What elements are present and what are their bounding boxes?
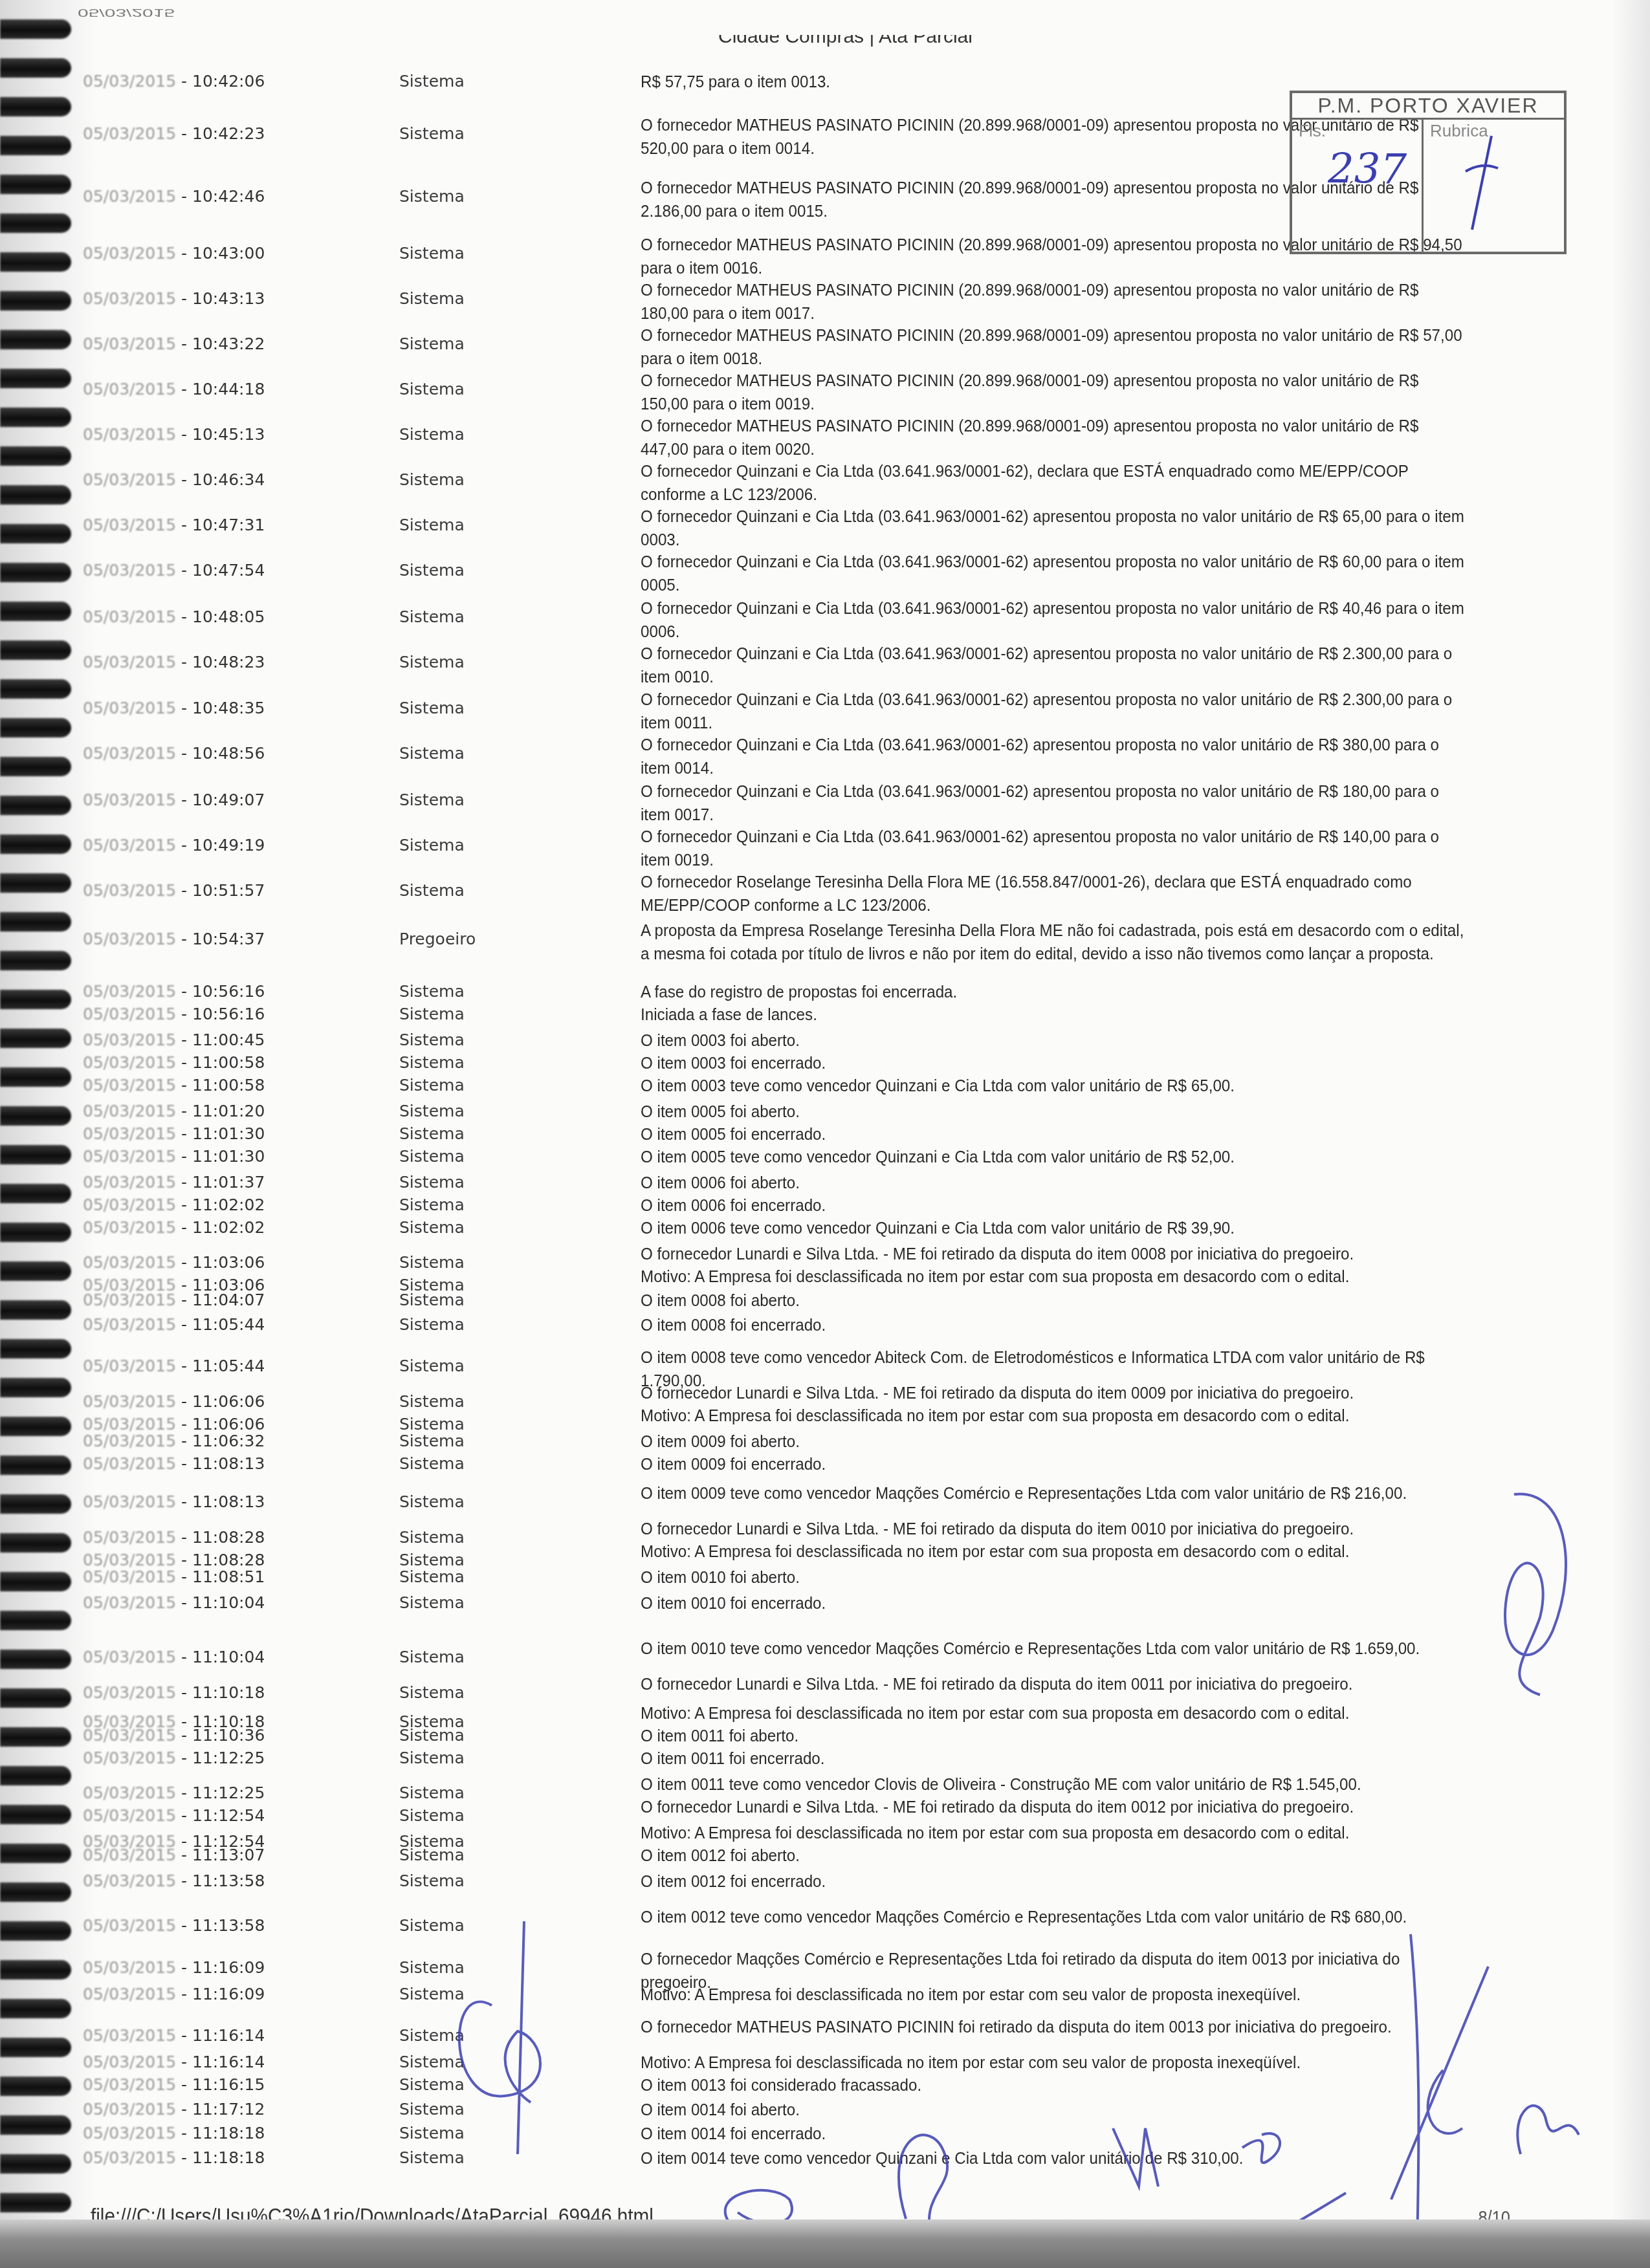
log-time: 11:12:25: [192, 1749, 265, 1767]
log-date: 05/03/2015: [83, 1958, 176, 1977]
log-actor: Sistema: [399, 378, 465, 401]
log-timestamp: 05/03/2015 - 10:47:31: [83, 514, 322, 537]
log-timestamp: 05/03/2015 - 11:12:25: [83, 1782, 322, 1805]
binding-coil: [0, 485, 71, 505]
log-actor: Sistema: [399, 1681, 465, 1705]
log-date: 05/03/2015: [83, 2053, 176, 2071]
binding-coil: [0, 97, 71, 116]
log-time: 11:06:06: [192, 1392, 265, 1411]
municipal-stamp: P.M. PORTO XAVIER Fls. 237 Rubrica: [1290, 91, 1567, 254]
log-message: O item 0011 teve como vencedor Clovis de…: [641, 1772, 1468, 1796]
log-timestamp: 05/03/2015 - 11:00:45: [83, 1029, 322, 1052]
log-message: O fornecedor Quinzani e Cia Ltda (03.641…: [641, 825, 1468, 871]
log-time: 10:46:34: [192, 470, 265, 489]
log-message: O fornecedor MATHEUS PASINATO PICININ fo…: [641, 2015, 1468, 2038]
log-message: O fornecedor Quinzani e Cia Ltda (03.641…: [641, 733, 1468, 780]
log-date: 05/03/2015: [83, 744, 176, 763]
log-message: A proposta da Empresa Roselange Teresinh…: [641, 919, 1468, 965]
binding-coil: [0, 2115, 71, 2135]
log-actor: Sistema: [399, 514, 465, 537]
log-actor: Sistema: [399, 1565, 465, 1589]
binding-coil: [0, 1611, 71, 1630]
binding-coil: [0, 136, 71, 155]
log-time: 11:13:58: [192, 1871, 265, 1890]
log-actor: Sistema: [399, 1914, 465, 1937]
log-actor: Sistema: [399, 1591, 465, 1615]
log-actor: Sistema: [399, 1490, 465, 1514]
log-message: O fornecedor MATHEUS PASINATO PICININ (2…: [641, 414, 1468, 461]
log-timestamp: 05/03/2015 - 11:01:37: [83, 1171, 322, 1194]
log-date: 05/03/2015: [83, 561, 176, 580]
binding-coil: [0, 1727, 71, 1747]
binding-coil: [0, 1029, 71, 1048]
log-message: O item 0010 teve como vencedor Maqções C…: [641, 1637, 1468, 1660]
log-message: O fornecedor Lunardi e Silva Ltda. - ME …: [641, 1795, 1468, 1818]
binding-coil: [0, 213, 71, 233]
log-time: 11:08:13: [192, 1492, 265, 1511]
log-message: O item 0003 teve como vencedor Quinzani …: [641, 1074, 1468, 1097]
log-actor: Sistema: [399, 1074, 465, 1097]
log-date: 05/03/2015: [83, 2148, 176, 2167]
binding-coil: [0, 757, 71, 776]
binding-coil: [0, 1766, 71, 1785]
stamp-folio-cell: Fls. 237: [1292, 120, 1424, 252]
log-timestamp: 05/03/2015 - 11:08:13: [83, 1490, 322, 1514]
log-actor: Sistema: [399, 2146, 465, 2170]
log-date: 05/03/2015: [83, 516, 176, 534]
log-actor: Sistema: [399, 559, 465, 582]
log-date: 05/03/2015: [83, 1030, 176, 1049]
log-timestamp: 05/03/2015 - 10:45:13: [83, 423, 322, 446]
log-timestamp: 05/03/2015 - 10:42:06: [83, 70, 322, 93]
log-actor: Sistema: [399, 1313, 465, 1336]
log-message: O fornecedor Quinzani e Cia Ltda (03.641…: [641, 780, 1468, 826]
log-date: 05/03/2015: [83, 1195, 176, 1214]
log-actor: Sistema: [399, 423, 465, 446]
log-actor: Sistema: [399, 2051, 465, 2074]
log-message: O item 0005 foi encerrado.: [641, 1122, 1468, 1146]
log-time: 11:05:44: [192, 1315, 265, 1334]
log-actor: Sistema: [399, 1390, 465, 1413]
log-time: 10:42:06: [192, 72, 265, 91]
log-actor: Pregoeiro: [399, 928, 476, 951]
log-date: 05/03/2015: [83, 1783, 176, 1802]
binding-coil: [0, 1533, 71, 1553]
log-time: 11:16:09: [192, 1985, 265, 2003]
log-time: 11:17:12: [192, 2100, 265, 2119]
log-date: 05/03/2015: [83, 1173, 176, 1192]
log-timestamp: 05/03/2015 - 11:10:04: [83, 1591, 322, 1615]
log-timestamp: 05/03/2015 - 11:01:30: [83, 1122, 322, 1146]
log-message: O item 0008 foi encerrado.: [641, 1313, 1468, 1336]
log-time: 10:43:13: [192, 289, 265, 308]
log-message: O fornecedor MATHEUS PASINATO PICININ (2…: [641, 323, 1468, 370]
log-time: 11:05:44: [192, 1357, 265, 1375]
scanner-bottom-shadow: [0, 2219, 1650, 2268]
log-time: 11:18:18: [192, 2148, 265, 2167]
log-timestamp: 05/03/2015 - 11:18:18: [83, 2122, 322, 2145]
log-message: O item 0003 foi aberto.: [641, 1029, 1468, 1052]
log-time: 11:02:02: [192, 1195, 265, 1214]
log-actor: Sistema: [399, 1251, 465, 1274]
log-date: 05/03/2015: [83, 425, 176, 444]
log-date: 05/03/2015: [83, 380, 176, 398]
log-date: 05/03/2015: [83, 1392, 176, 1411]
log-time: 11:10:04: [192, 1648, 265, 1666]
log-actor: Sistema: [399, 2122, 465, 2145]
binding-coil: [0, 1494, 71, 1514]
log-message: O item 0012 foi aberto.: [641, 1844, 1468, 1867]
binding-coil: [0, 1921, 71, 1941]
binding-coil: [0, 291, 71, 311]
binding-coil: [0, 602, 71, 621]
log-message: O item 0010 foi aberto.: [641, 1565, 1468, 1589]
log-timestamp: 05/03/2015 - 11:18:18: [83, 2146, 322, 2170]
log-message: O fornecedor Quinzani e Cia Ltda (03.641…: [641, 596, 1468, 643]
log-time: 10:47:54: [192, 561, 265, 580]
binding-coil: [0, 951, 71, 970]
log-actor: Sistema: [399, 1956, 465, 1979]
log-timestamp: 05/03/2015 - 10:51:57: [83, 879, 322, 902]
log-date: 05/03/2015: [83, 1871, 176, 1890]
log-timestamp: 05/03/2015 - 11:16:15: [83, 2073, 322, 2097]
log-date: 05/03/2015: [83, 1985, 176, 2003]
log-timestamp: 05/03/2015 - 10:49:19: [83, 834, 322, 857]
log-date: 05/03/2015: [83, 930, 176, 948]
log-message: Iniciada a fase de lances.: [641, 1003, 1468, 1026]
log-time: 11:16:15: [192, 2075, 265, 2094]
log-time: 10:48:56: [192, 744, 265, 763]
log-timestamp: 05/03/2015 - 10:42:23: [83, 122, 322, 146]
header-title: Cidade Compras | Ata Parcial: [718, 26, 973, 48]
log-message: O fornecedor Quinzani e Cia Ltda (03.641…: [641, 505, 1468, 551]
log-time: 11:18:18: [192, 2124, 265, 2143]
log-time: 10:47:31: [192, 516, 265, 534]
log-message: O item 0009 foi aberto.: [641, 1430, 1468, 1453]
log-time: 11:08:28: [192, 1528, 265, 1547]
log-date: 05/03/2015: [83, 2100, 176, 2119]
binding-coil: [0, 873, 71, 893]
log-actor: Sistema: [399, 333, 465, 356]
log-time: 11:10:04: [192, 1593, 265, 1612]
log-message: O item 0006 foi aberto.: [641, 1171, 1468, 1194]
log-timestamp: 05/03/2015 - 11:16:14: [83, 2024, 322, 2047]
stamp-initials-cell: Rubrica: [1424, 120, 1564, 252]
log-message: Motivo: A Empresa foi desclassificada no…: [641, 1540, 1468, 1563]
log-timestamp: 05/03/2015 - 10:49:07: [83, 789, 322, 812]
binding-coil: [0, 990, 71, 1009]
log-timestamp: 05/03/2015 - 10:48:23: [83, 651, 322, 674]
log-message: O item 0009 teve como vencedor Maqções C…: [641, 1481, 1468, 1505]
log-timestamp: 05/03/2015 - 11:06:06: [83, 1390, 322, 1413]
binding-coil: [0, 446, 71, 466]
log-time: 10:48:23: [192, 653, 265, 671]
log-timestamp: 05/03/2015 - 11:12:25: [83, 1747, 322, 1770]
binding-coil: [0, 252, 71, 272]
log-timestamp: 05/03/2015 - 10:47:54: [83, 559, 322, 582]
log-timestamp: 05/03/2015 - 11:05:44: [83, 1355, 322, 1378]
log-date: 05/03/2015: [83, 1492, 176, 1511]
log-date: 05/03/2015: [83, 1806, 176, 1825]
log-time: 11:02:02: [192, 1218, 265, 1237]
log-timestamp: 05/03/2015 - 11:16:14: [83, 2051, 322, 2074]
log-timestamp: 05/03/2015 - 11:10:18: [83, 1681, 322, 1705]
log-time: 10:54:37: [192, 930, 265, 948]
binding-coil: [0, 58, 71, 78]
log-message: O item 0012 foi encerrado.: [641, 1870, 1468, 1893]
log-message: O item 0012 teve como vencedor Maqções C…: [641, 1905, 1468, 1928]
log-date: 05/03/2015: [83, 1357, 176, 1375]
log-message: O item 0006 teve como vencedor Quinzani …: [641, 1216, 1468, 1239]
binding-coil: [0, 1339, 71, 1358]
log-time: 11:04:07: [192, 1291, 265, 1309]
log-actor: Sistema: [399, 742, 465, 765]
log-time: 11:10:18: [192, 1683, 265, 1702]
log-date: 05/03/2015: [83, 1648, 176, 1666]
log-time: 11:00:58: [192, 1053, 265, 1072]
binding-coil: [0, 1300, 71, 1320]
log-time: 11:12:54: [192, 1806, 265, 1825]
log-message: O item 0014 foi aberto.: [641, 2098, 1468, 2121]
log-timestamp: 05/03/2015 - 11:01:20: [83, 1100, 322, 1123]
log-date: 05/03/2015: [83, 653, 176, 671]
log-timestamp: 05/03/2015 - 11:05:44: [83, 1313, 322, 1336]
log-time: 11:13:58: [192, 1916, 265, 1935]
log-message: Motivo: A Empresa foi desclassificada no…: [641, 1265, 1468, 1288]
binding-coil: [0, 1184, 71, 1203]
log-message: O item 0011 foi aberto.: [641, 1724, 1468, 1747]
log-date: 05/03/2015: [83, 1749, 176, 1767]
log-message: O item 0014 foi encerrado.: [641, 2122, 1468, 2145]
log-time: 11:00:58: [192, 1076, 265, 1095]
log-message: A fase do registro de propostas foi ence…: [641, 980, 1468, 1003]
log-date: 05/03/2015: [83, 1454, 176, 1473]
log-message: Motivo: A Empresa foi desclassificada no…: [641, 1701, 1468, 1725]
log-actor: Sistema: [399, 1782, 465, 1805]
binding-coil: [0, 1261, 71, 1281]
log-date: 05/03/2015: [83, 607, 176, 626]
binding-coil: [0, 718, 71, 737]
log-actor: Sistema: [399, 2073, 465, 2097]
log-actor: Sistema: [399, 1029, 465, 1052]
binding-coil: [0, 1106, 71, 1126]
log-actor: Sistema: [399, 287, 465, 311]
log-date: 05/03/2015: [83, 334, 176, 353]
log-timestamp: 05/03/2015 - 11:13:58: [83, 1914, 322, 1937]
log-actor: Sistema: [399, 651, 465, 674]
log-time: 10:48:05: [192, 607, 265, 626]
log-date: 05/03/2015: [83, 1593, 176, 1612]
log-timestamp: 05/03/2015 - 10:56:16: [83, 980, 322, 1003]
binding-coil: [0, 369, 71, 388]
log-timestamp: 05/03/2015 - 11:13:58: [83, 1870, 322, 1893]
log-time: 11:00:45: [192, 1030, 265, 1049]
binding-coil: [0, 330, 71, 349]
log-time: 11:16:14: [192, 2026, 265, 2045]
log-message: O fornecedor Lunardi e Silva Ltda. - ME …: [641, 1381, 1468, 1404]
log-date: 05/03/2015: [83, 1683, 176, 1702]
log-message: O fornecedor Lunardi e Silva Ltda. - ME …: [641, 1242, 1468, 1265]
log-time: 10:45:13: [192, 425, 265, 444]
log-timestamp: 05/03/2015 - 11:16:09: [83, 1983, 322, 2006]
log-message: O item 0003 foi encerrado.: [641, 1051, 1468, 1074]
log-message: O item 0014 teve como vencedor Quinzani …: [641, 2146, 1468, 2170]
log-actor: Sistema: [399, 1003, 465, 1026]
log-timestamp: 05/03/2015 - 11:02:02: [83, 1194, 322, 1217]
log-date: 05/03/2015: [83, 1567, 176, 1586]
log-time: 11:01:30: [192, 1124, 265, 1143]
log-date: 05/03/2015: [83, 124, 176, 143]
log-time: 11:08:13: [192, 1454, 265, 1473]
log-time: 11:12:25: [192, 1783, 265, 1802]
log-actor: Sistema: [399, 122, 465, 146]
log-actor: Sistema: [399, 1122, 465, 1146]
log-message: O item 0009 foi encerrado.: [641, 1452, 1468, 1476]
binding-coil: [0, 563, 71, 582]
log-date: 05/03/2015: [83, 1291, 176, 1309]
log-message: O item 0010 foi encerrado.: [641, 1591, 1468, 1615]
log-message: O fornecedor Lunardi e Silva Ltda. - ME …: [641, 1672, 1468, 1696]
log-time: 11:03:06: [192, 1253, 265, 1272]
log-timestamp: 05/03/2015 - 10:48:35: [83, 697, 322, 720]
log-timestamp: 05/03/2015 - 11:13:07: [83, 1844, 322, 1867]
log-actor: Sistema: [399, 1216, 465, 1239]
binding-coil: [0, 679, 71, 699]
log-time: 10:42:46: [192, 187, 265, 206]
log-date: 05/03/2015: [83, 187, 176, 206]
log-time: 10:48:35: [192, 699, 265, 717]
log-time: 10:43:00: [192, 244, 265, 263]
binding-coil: [0, 796, 71, 815]
log-message: O fornecedor Quinzani e Cia Ltda (03.641…: [641, 459, 1468, 506]
log-actor: Sistema: [399, 1983, 465, 2006]
log-date: 05/03/2015: [83, 1916, 176, 1935]
binding-coil: [0, 1572, 71, 1591]
log-actor: Sistema: [399, 879, 465, 902]
log-timestamp: 05/03/2015 - 11:03:06: [83, 1251, 322, 1274]
binding-coil: [0, 1805, 71, 1824]
log-actor: Sistema: [399, 1100, 465, 1123]
log-date: 05/03/2015: [83, 1726, 176, 1745]
log-time: 11:16:14: [192, 2053, 265, 2071]
log-time: 10:43:22: [192, 334, 265, 353]
log-message: Motivo: A Empresa foi desclassificada no…: [641, 1821, 1468, 1844]
log-timestamp: 05/03/2015 - 11:04:07: [83, 1289, 322, 1312]
log-date: 05/03/2015: [83, 244, 176, 263]
log-actor: Sistema: [399, 242, 465, 265]
log-time: 11:06:32: [192, 1432, 265, 1450]
log-date: 05/03/2015: [83, 1005, 176, 1023]
log-actor: Sistema: [399, 834, 465, 857]
log-actor: Sistema: [399, 1724, 465, 1747]
binding-coil: [0, 1378, 71, 1397]
handwritten-folio-number: 237: [1328, 146, 1407, 193]
binding-coil: [0, 834, 71, 854]
log-message: O fornecedor MATHEUS PASINATO PICININ (2…: [641, 369, 1468, 415]
log-message: O item 0011 foi encerrado.: [641, 1747, 1468, 1770]
binding-coil: [0, 2038, 71, 2057]
log-time: 11:16:09: [192, 1958, 265, 1977]
log-time: 11:01:30: [192, 1147, 265, 1166]
log-message: O fornecedor Lunardi e Silva Ltda. - ME …: [641, 1517, 1468, 1540]
log-actor: Sistema: [399, 1646, 465, 1669]
log-timestamp: 05/03/2015 - 11:02:02: [83, 1216, 322, 1239]
log-time: 10:49:19: [192, 836, 265, 855]
log-message: O fornecedor Quinzani e Cia Ltda (03.641…: [641, 550, 1468, 596]
log-timestamp: 05/03/2015 - 10:43:00: [83, 242, 322, 265]
log-date: 05/03/2015: [83, 72, 176, 91]
log-date: 05/03/2015: [83, 1076, 176, 1095]
log-message: Motivo: A Empresa foi desclassificada no…: [641, 1983, 1468, 2006]
binding-coil: [0, 2193, 71, 2212]
header-print-date: 05/03/2015: [78, 6, 175, 18]
log-timestamp: 05/03/2015 - 11:00:58: [83, 1051, 322, 1074]
log-message: O item 0013 foi considerado fracassado.: [641, 2073, 1468, 2097]
log-date: 05/03/2015: [83, 1124, 176, 1143]
log-time: 11:13:07: [192, 1846, 265, 1864]
log-timestamp: 05/03/2015 - 11:00:58: [83, 1074, 322, 1097]
log-actor: Sistema: [399, 697, 465, 720]
log-timestamp: 05/03/2015 - 11:08:51: [83, 1565, 322, 1589]
log-message: O item 0005 teve como vencedor Quinzani …: [641, 1145, 1468, 1168]
binding-coil: [0, 1999, 71, 2018]
log-timestamp: 05/03/2015 - 11:10:36: [83, 1724, 322, 1747]
log-actor: Sistema: [399, 70, 465, 93]
log-actor: Sistema: [399, 1870, 465, 1893]
log-timestamp: 05/03/2015 - 10:56:16: [83, 1003, 322, 1026]
log-actor: Sistema: [399, 1747, 465, 1770]
log-time: 10:51:57: [192, 881, 265, 900]
log-date: 05/03/2015: [83, 1218, 176, 1237]
log-actor: Sistema: [399, 1804, 465, 1827]
log-timestamp: 05/03/2015 - 11:01:30: [83, 1145, 322, 1168]
log-timestamp: 05/03/2015 - 11:08:13: [83, 1452, 322, 1476]
log-time: 11:10:36: [192, 1726, 265, 1745]
binding-coil: [0, 1688, 71, 1708]
log-timestamp: 05/03/2015 - 11:10:04: [83, 1646, 322, 1669]
log-date: 05/03/2015: [83, 982, 176, 1001]
log-date: 05/03/2015: [83, 791, 176, 809]
binding-coil: [0, 1844, 71, 1863]
log-message: O fornecedor Quinzani e Cia Ltda (03.641…: [641, 642, 1468, 688]
log-actor: Sistema: [399, 1844, 465, 1867]
log-date: 05/03/2015: [83, 1147, 176, 1166]
log-time: 10:56:16: [192, 1005, 265, 1023]
log-actor: Sistema: [399, 605, 465, 629]
log-time: 11:01:37: [192, 1173, 265, 1192]
log-message: R$ 57,75 para o item 0013.: [641, 70, 1468, 93]
log-date: 05/03/2015: [83, 1102, 176, 1120]
log-timestamp: 05/03/2015 - 11:08:28: [83, 1526, 322, 1549]
log-message: O fornecedor Quinzani e Cia Ltda (03.641…: [641, 688, 1468, 734]
log-actor: Sistema: [399, 980, 465, 1003]
log-message: O fornecedor MATHEUS PASINATO PICININ (2…: [641, 278, 1468, 325]
log-timestamp: 05/03/2015 - 10:54:37: [83, 928, 322, 951]
log-timestamp: 05/03/2015 - 11:16:09: [83, 1956, 322, 1979]
binding-coil: [0, 1223, 71, 1242]
log-date: 05/03/2015: [83, 1432, 176, 1450]
binding-coil: [0, 524, 71, 543]
log-message: O fornecedor Roselange Teresinha Della F…: [641, 870, 1468, 917]
binding-coil: [0, 1417, 71, 1436]
log-actor: Sistema: [399, 1171, 465, 1194]
log-timestamp: 05/03/2015 - 11:12:54: [83, 1804, 322, 1827]
log-actor: Sistema: [399, 1289, 465, 1312]
log-date: 05/03/2015: [83, 1253, 176, 1272]
log-actor: Sistema: [399, 789, 465, 812]
log-actor: Sistema: [399, 2024, 465, 2047]
log-timestamp: 05/03/2015 - 10:43:13: [83, 287, 322, 311]
